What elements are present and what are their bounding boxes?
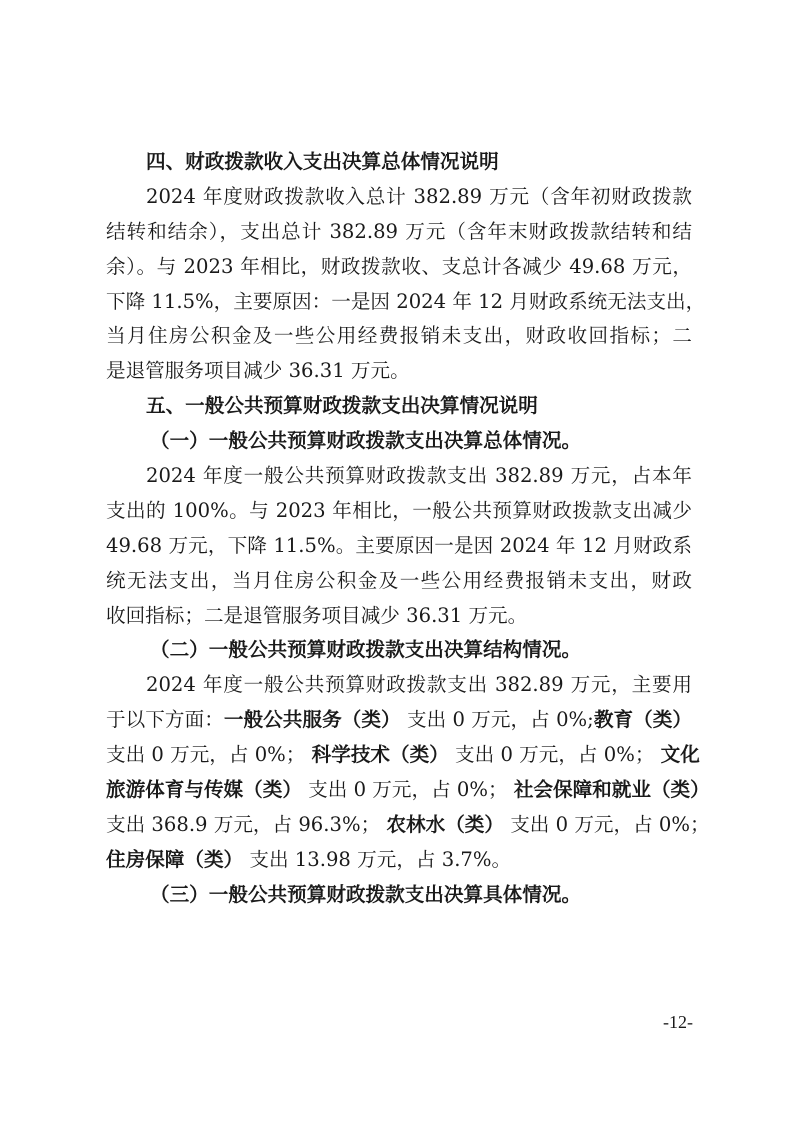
section-4-paragraph: 2024 年度财政拨款收入总计 382.89 万元（含年初财政拨款 结转和结余）… (106, 180, 692, 389)
paragraph-line: 统无法支出，当月住房公积金及一些公用经费报销未支出，财政 (106, 564, 692, 599)
paragraph-line: 住房保障（类） 支出 13.98 万元，占 3.7%。 (106, 843, 692, 878)
paragraph-line: 49.68 万元，下降 11.5%。主要原因一是因 2024 年 12 月财政系 (106, 529, 692, 564)
section-5-heading: 五、一般公共预算财政拨款支出决算情况说明 (106, 389, 692, 424)
subsection-2-paragraph: 2024 年度一般公共预算财政拨款支出 382.89 万元，主要用 于以下方面：… (106, 668, 692, 877)
subsection-1-heading: （一）一般公共预算财政拨款支出决算总体情况。 (106, 424, 692, 459)
text: 于以下方面： (106, 708, 224, 731)
category-culture-tourism-sports-media: 旅游体育与传媒（类） (106, 778, 302, 801)
text: 支出 368.9 万元，占 96.3%； (106, 813, 380, 836)
text: 支出 0 万元，占 0%； (106, 743, 305, 766)
subsection-2-heading: （二）一般公共预算财政拨款支出决算结构情况。 (106, 633, 692, 668)
paragraph-line: 2024 年度一般公共预算财政拨款支出 382.89 万元，占本年 (106, 459, 692, 494)
paragraph-line: 余）。与 2023 年相比，财政拨款收、支总计各减少 49.68 万元， (106, 250, 692, 285)
subsection-3-heading: （三）一般公共预算财政拨款支出决算具体情况。 (106, 878, 692, 913)
paragraph-line: 2024 年度财政拨款收入总计 382.89 万元（含年初财政拨款 (106, 180, 692, 215)
text: 支出 0 万元，占 0%； (308, 778, 507, 801)
section-4-heading: 四、财政拨款收入支出决算总体情况说明 (106, 145, 692, 180)
paragraph-line: 下降 11.5%，主要原因：一是因 2024 年 12 月财政系统无法支出， (106, 285, 692, 320)
text: 支出 0 万元，占 0%； (510, 813, 709, 836)
text: 支出 0 万元，占 0%； (455, 743, 654, 766)
paragraph-line: 支出的 100%。与 2023 年相比，一般公共预算财政拨款支出减少 (106, 494, 692, 529)
document-page: 四、财政拨款收入支出决算总体情况说明 2024 年度财政拨款收入总计 382.8… (106, 145, 692, 913)
paragraph-line: 支出 0 万元，占 0%； 科学技术（类） 支出 0 万元，占 0%； 文化 (106, 738, 692, 773)
paragraph-line: 结转和结余），支出总计 382.89 万元（含年末财政拨款结转和结 (106, 215, 692, 250)
category-science-technology: 科学技术（类） (312, 743, 449, 766)
text: 支出 13.98 万元，占 3.7%。 (249, 848, 511, 871)
text: 支出 0 万元，占 0%; (407, 708, 594, 731)
category-housing-security: 住房保障（类） (106, 848, 243, 871)
category-education: 教育（类） (594, 708, 692, 731)
category-agriculture-forestry-water: 农林水（类） (386, 813, 504, 836)
paragraph-line: 旅游体育与传媒（类） 支出 0 万元，占 0%； 社会保障和就业（类） (106, 773, 692, 808)
paragraph-line: 于以下方面：一般公共服务（类） 支出 0 万元，占 0%;教育（类） (106, 703, 692, 738)
paragraph-line: 当月住房公积金及一些公用经费报销未支出，财政收回指标；二 (106, 319, 692, 354)
paragraph-line: 收回指标；二是退管服务项目减少 36.31 万元。 (106, 599, 692, 634)
subsection-1-paragraph: 2024 年度一般公共预算财政拨款支出 382.89 万元，占本年 支出的 10… (106, 459, 692, 633)
category-culture: 文化 (661, 743, 700, 766)
category-general-public-services: 一般公共服务（类） (224, 708, 401, 731)
paragraph-line: 2024 年度一般公共预算财政拨款支出 382.89 万元，主要用 (106, 668, 692, 703)
paragraph-line: 是退管服务项目减少 36.31 万元。 (106, 354, 692, 389)
page-number: -12- (663, 1012, 693, 1033)
category-social-security-employment: 社会保障和就业（类） (514, 778, 710, 801)
paragraph-line: 支出 368.9 万元，占 96.3%； 农林水（类） 支出 0 万元，占 0%… (106, 808, 692, 843)
